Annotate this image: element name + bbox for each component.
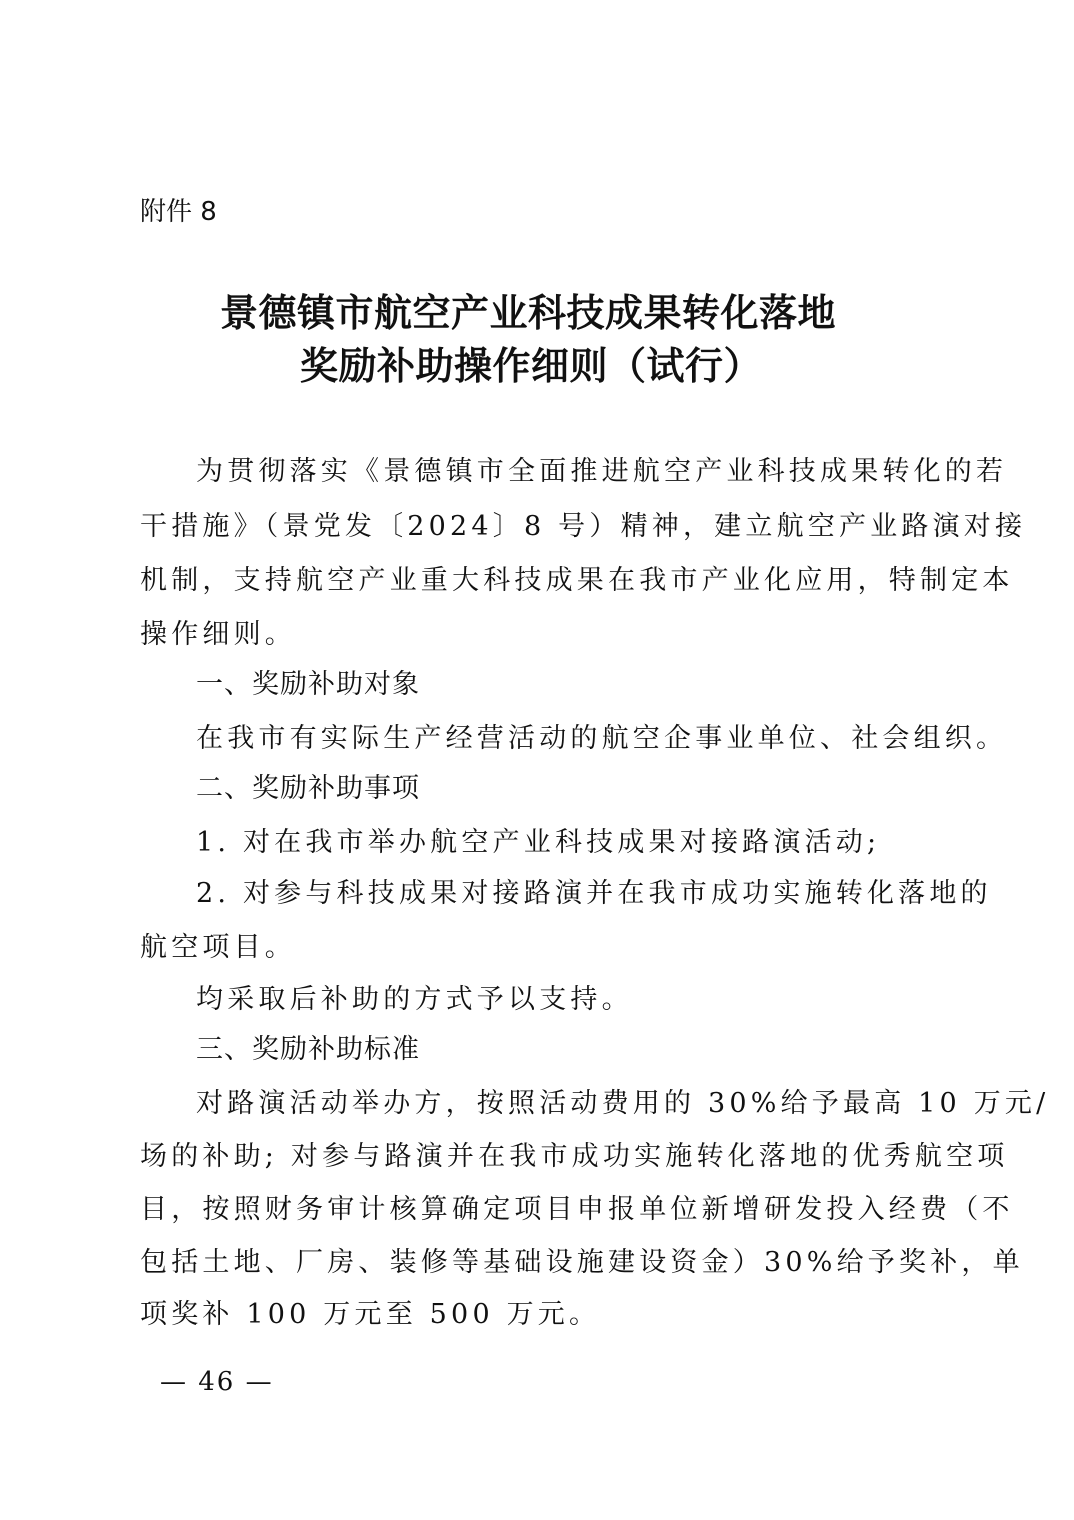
section-line: 包括土地、厂房、装修等基础设施建设资金）30%给予奖补，单 [140, 1246, 1024, 1280]
section-line: 项奖补 100 万元至 500 万元。 [140, 1298, 600, 1332]
section-heading: 三、奖励补助标准 [196, 1033, 420, 1067]
page-number: — 46 — [160, 1366, 274, 1398]
document-page: 附件 8 景德镇市航空产业科技成果转化落地 奖励补助操作细则（试行） 为贯彻落实… [0, 0, 1074, 1520]
title-line-2: 奖励补助操作细则（试行） [300, 343, 762, 389]
section-heading: 二、奖励补助事项 [196, 772, 420, 806]
section-heading: 一、奖励补助对象 [196, 668, 420, 702]
section-line: 2. 对参与科技成果对接路演并在我市成功实施转化落地的 [196, 877, 992, 911]
section-line: 均采取后补助的方式予以支持。 [196, 983, 633, 1017]
intro-line: 机制，支持航空产业重大科技成果在我市产业化应用，特制定本 [140, 564, 1014, 598]
attachment-label: 附件 8 [140, 195, 217, 229]
section-line: 航空项目。 [140, 931, 296, 965]
section-line: 在我市有实际生产经营活动的航空企事业单位、社会组织。 [196, 722, 1007, 756]
section-line: 对路演活动举办方，按照活动费用的 30%给予最高 10 万元/ [196, 1087, 1049, 1121]
intro-line: 操作细则。 [140, 618, 296, 652]
title-line-1: 景德镇市航空产业科技成果转化落地 [220, 290, 836, 336]
intro-line: 干措施》（景党发〔2024〕8 号）精神，建立航空产业路演对接 [140, 510, 1026, 544]
section-line: 目，按照财务审计核算确定项目申报单位新增研发投入经费（不 [140, 1193, 1014, 1227]
intro-line: 为贯彻落实《景德镇市全面推进航空产业科技成果转化的若 [196, 455, 1007, 489]
section-line: 场的补助; 对参与路演并在我市成功实施转化落地的优秀航空项 [140, 1140, 1008, 1174]
section-line: 1. 对在我市举办航空产业科技成果对接路演活动; [196, 826, 880, 860]
